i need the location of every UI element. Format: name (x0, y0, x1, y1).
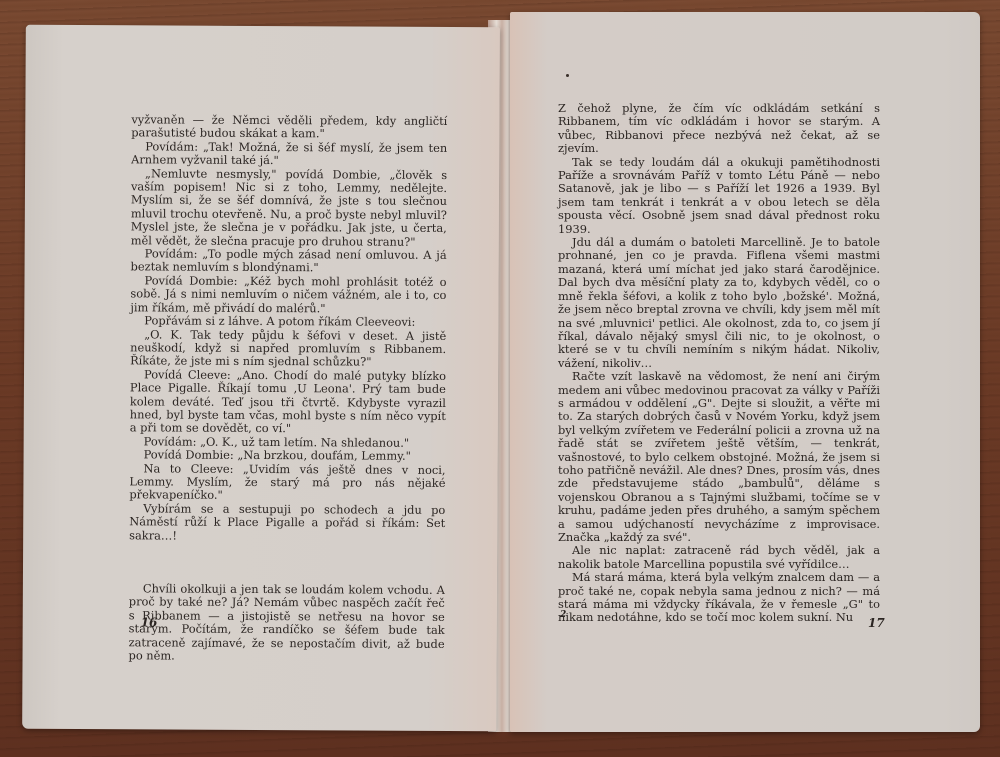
paragraph: Tak se tedy loudám dál a okukuji pamětih… (558, 156, 880, 236)
paragraph: Povídám: „Tak! Možná, že si šéf myslí, ž… (131, 140, 447, 168)
paragraph: Povídá Cleeve: „Ano. Chodí do malé putyk… (130, 368, 446, 437)
section-break (129, 542, 445, 584)
paragraph: Povídá Dombie: „Kéž bych mohl prohlásit … (130, 274, 446, 316)
left-page-text: vyžvaněn — že Němci věděli předem, kdy a… (129, 113, 448, 664)
signature-mark: 2 (560, 610, 566, 620)
paragraph: Račte vzít laskavě na vědomost, že není … (558, 370, 880, 544)
paragraph: vyžvaněn — že Němci věděli předem, kdy a… (131, 113, 447, 141)
page-number: 16 (141, 615, 158, 629)
paragraph: Vybírám se a sestupuji po schodech a jdu… (129, 502, 445, 544)
paragraph: „O. K. Tak tedy půjdu k šéfovi v deset. … (130, 328, 446, 370)
print-speck (566, 74, 569, 77)
paragraph: Jdu dál a dumám o batoleti Marcellině. J… (558, 236, 880, 370)
paragraph: Chvíli okolkuji a jen tak se loudám kole… (129, 582, 445, 664)
page-number: 17 (868, 616, 885, 630)
paragraph: Na to Cleeve: „Uvidím vás ještě dnes v n… (129, 462, 445, 504)
paragraph: Povídám: „To podle mých zásad není omluv… (131, 247, 447, 275)
paragraph: Má stará máma, která byla velkým znalcem… (558, 571, 880, 625)
paragraph: Ale nic naplat: zatraceně rád bych věděl… (558, 544, 880, 571)
left-page: vyžvaněn — že Němci věděli předem, kdy a… (22, 25, 500, 731)
paragraph: „Nemluvte nesmysly," povídá Dombie, „člo… (131, 167, 447, 249)
right-page: Z čehož plyne, že čím víc odkládám setká… (510, 12, 980, 732)
right-page-text: Z čehož plyne, že čím víc odkládám setká… (558, 102, 880, 625)
paragraph: Z čehož plyne, že čím víc odkládám setká… (558, 102, 880, 156)
